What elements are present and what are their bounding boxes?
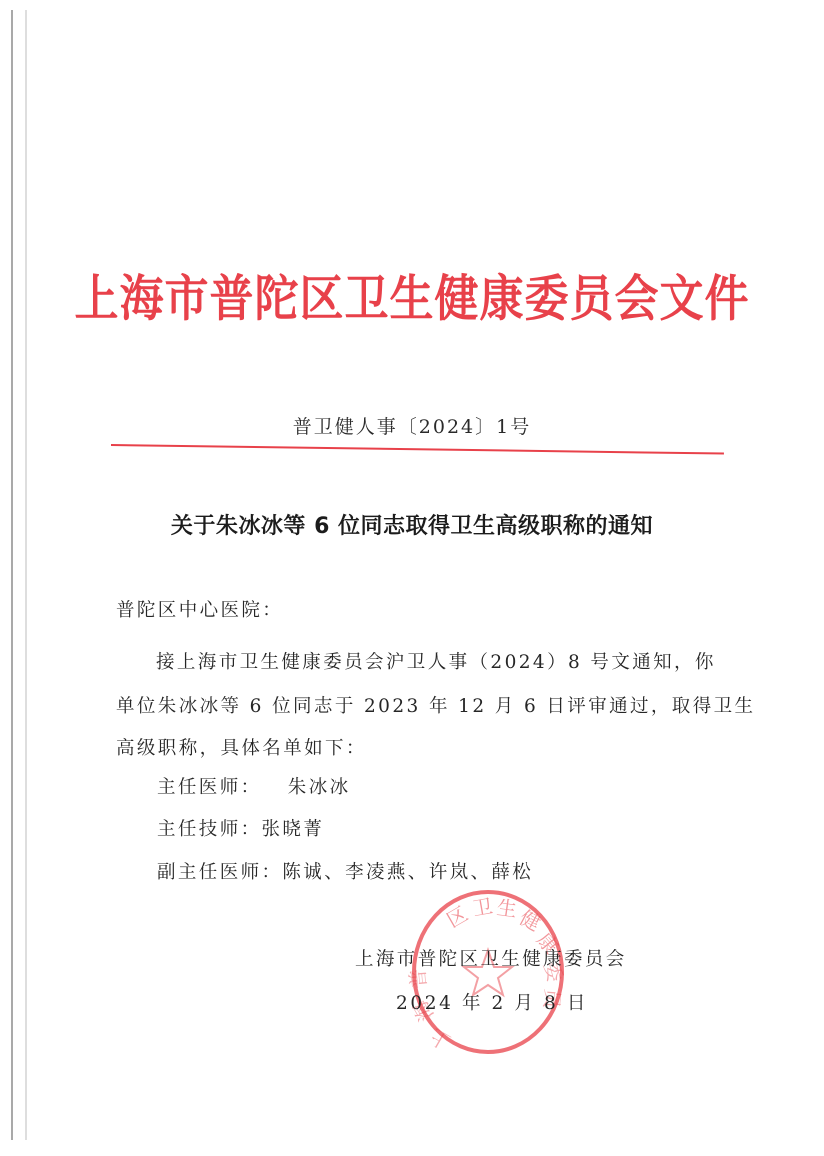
- red-divider-rule: [111, 444, 724, 455]
- body-line-1: 接上海市卫生健康委员会沪卫人事（2024）8 号文通知，你: [156, 648, 716, 674]
- svg-text:区: 区: [443, 902, 472, 933]
- scan-edge-line: [25, 10, 27, 1140]
- list-item-chief-technician: 主任技师：张晓菁: [157, 815, 324, 841]
- svg-text:上: 上: [425, 1024, 454, 1055]
- list-item-title: 主任医师：: [157, 777, 262, 798]
- signature-organization: 上海市普陀区卫生健康委员会: [355, 945, 627, 971]
- issuer-header: 上海市普陀区卫生健康委员会文件: [0, 258, 824, 330]
- svg-text:生: 生: [495, 895, 518, 922]
- svg-text:健: 健: [516, 905, 545, 936]
- list-item-names: 朱冰冰: [288, 777, 351, 798]
- list-item-title: 主任技师：: [157, 819, 262, 840]
- list-item-names: 张晓菁: [262, 819, 325, 840]
- signature-date: 2024 年 2 月 8 日: [396, 989, 588, 1015]
- body-line-2: 单位朱冰冰等 6 位同志于 2023 年 12 月 6 日评审通过，取得卫生: [116, 692, 755, 718]
- body-line-3: 高级职称，具体名单如下：: [116, 734, 367, 760]
- document-number: 普卫健人事〔2024〕1号: [0, 412, 824, 439]
- list-item-chief-physician: 主任医师： 朱冰冰: [157, 773, 351, 799]
- official-seal-stamp: 区 卫 生 健 康 委 员 普 海 上: [408, 888, 568, 1058]
- svg-text:卫: 卫: [471, 894, 495, 921]
- scan-edge-line: [11, 10, 13, 1140]
- list-item-associate-chief-physician: 副主任医师：陈诚、李凌燕、许岚、薛松: [157, 858, 533, 884]
- list-item-names: 陈诚、李凌燕、许岚、薛松: [282, 862, 533, 883]
- list-item-title: 副主任医师：: [157, 862, 282, 883]
- document-subject: 关于朱冰冰等 6 位同志取得卫生高级职称的通知: [0, 509, 824, 540]
- salutation: 普陀区中心医院：: [116, 596, 283, 622]
